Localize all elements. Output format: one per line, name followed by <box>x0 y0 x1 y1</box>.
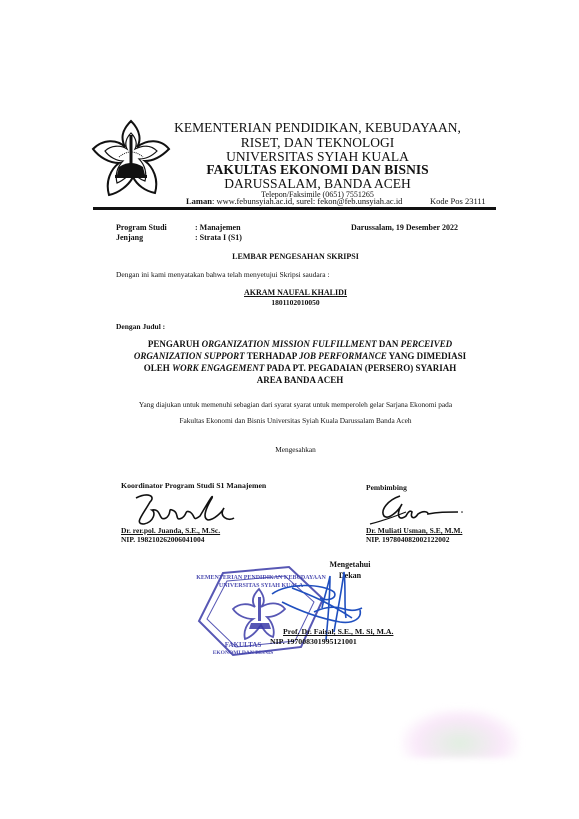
supervisor-nip: NIP. 197804082002122002 <box>366 535 449 544</box>
scan-smudge <box>400 708 520 758</box>
thesis-title-text: TERHADAP <box>245 351 299 361</box>
website-label: Laman <box>186 196 212 206</box>
place-date: Darussalam, 19 Desember 2022 <box>351 223 458 232</box>
level-label: Jenjang <box>116 233 143 242</box>
dean-nip: NIP. 197008301995121001 <box>270 637 357 646</box>
thesis-title-italic: JOB PERFORMANCE <box>299 351 387 361</box>
thesis-title-text: DAN <box>377 339 401 349</box>
thesis-title-text: PENGARUH <box>148 339 202 349</box>
thesis-title-text: OLEH <box>144 363 172 373</box>
student-id: 1801102010050 <box>6 298 579 307</box>
program-value: : Manajemen <box>195 223 241 232</box>
svg-text:FAKULTAS: FAKULTAS <box>225 641 262 649</box>
website-value: : www.febunsyiah.ac.id, surel: fekon@feb… <box>212 196 402 206</box>
svg-text:EKONOMI DAN BISNIS: EKONOMI DAN BISNIS <box>213 650 274 656</box>
coordinator-signature-icon <box>128 488 238 530</box>
ministry-name: KEMENTERIAN PENDIDIKAN, KEBUDAYAAN, <box>28 120 579 136</box>
thesis-title-text: AREA BANDA ACEH <box>100 374 500 386</box>
approval-label: Mengesahkan <box>6 445 579 454</box>
thesis-title-text: YANG DIMEDIASI <box>387 351 466 361</box>
supervisor-name: Dr. Muliati Usman, S.E, M.M. <box>366 526 462 535</box>
thesis-title: PENGARUH ORGANIZATION MISSION FULFILLMEN… <box>100 338 500 386</box>
student-name: AKRAM NAUFAL KHALIDI <box>6 288 579 297</box>
purpose-line-1: Yang diajukan untuk memenuhi sebagian da… <box>6 400 579 409</box>
thesis-title-text: PADA PT. PEGADAIAN (PERSERO) SYARIAH <box>264 363 456 373</box>
header-rule <box>93 207 496 210</box>
thesis-title-italic: WORK ENGAGEMENT <box>172 363 264 373</box>
thesis-title-italic: ORGANIZATION SUPPORT <box>134 351 245 361</box>
coordinator-name: Dr. rer.pol. Juanda, S.E., M.Sc. <box>121 526 220 535</box>
intro-text: Dengan ini kami menyatakan bahwa telah m… <box>116 270 329 279</box>
document-title: LEMBAR PENGESAHAN SKRIPSI <box>6 252 579 261</box>
level-value: : Strata I (S1) <box>195 233 242 242</box>
coordinator-nip: NIP. 198210262006041004 <box>121 535 204 544</box>
thesis-title-italic: ORGANIZATION MISSION FULFILLMENT <box>202 339 377 349</box>
postal-code: Kode Pos 23111 <box>430 196 486 206</box>
dean-name: Prof. Dr. Faisal, S.E., M. Si, M.A. <box>283 627 393 636</box>
program-label: Program Studi <box>116 223 167 232</box>
purpose-line-2: Fakultas Ekonomi dan Bisnis Universitas … <box>6 416 579 425</box>
dean-signature-icon <box>268 568 378 648</box>
website-email: Laman: www.febunsyiah.ac.id, surel: feko… <box>186 196 402 206</box>
title-label: Dengan Judul : <box>116 322 165 331</box>
thesis-title-italic: PERCEIVED <box>401 339 453 349</box>
supervisor-signature-icon <box>366 490 466 528</box>
